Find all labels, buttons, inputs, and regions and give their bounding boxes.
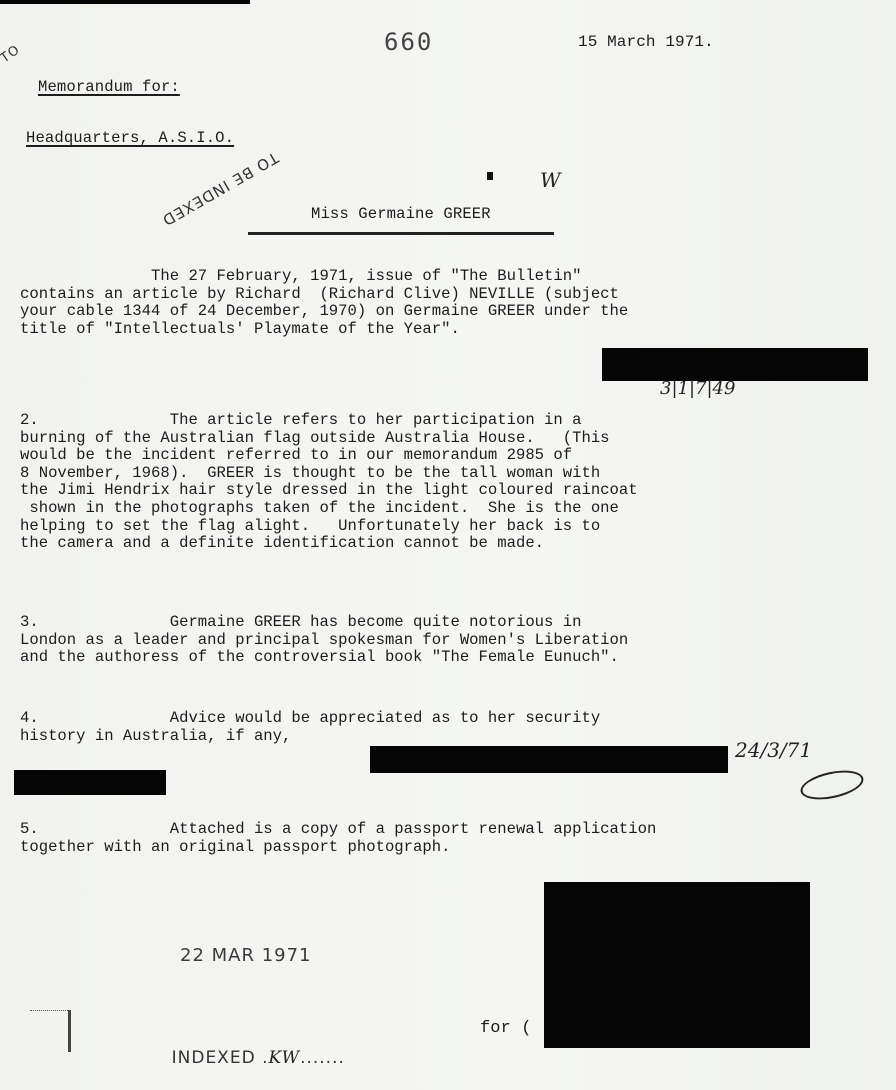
paragraph-line: shown in the photographs taken of the in… — [20, 500, 638, 518]
handwritten-file-ref: 3|1|7|49 — [660, 378, 735, 399]
redaction-top — [0, 0, 250, 4]
memo-subject: Miss Germaine GREER — [311, 205, 491, 223]
paragraph-line: 8 November, 1968). GREER is thought to b… — [20, 465, 638, 483]
handwritten-circle-mark — [798, 766, 866, 805]
paragraph-line: 5. Attached is a copy of a passport rene… — [20, 821, 656, 839]
redaction-paragraph-1 — [602, 348, 868, 381]
redaction-signature — [544, 882, 810, 1048]
indexed-stamp: INDEXED .KW....... — [146, 1028, 345, 1088]
memo-label: Memorandum for: — [38, 78, 180, 96]
paragraph-line: 4. Advice would be appreciated as to her… — [20, 710, 600, 728]
memo-date: 15 March 1971. — [578, 33, 714, 51]
paragraph-line: London as a leader and principal spokesm… — [20, 632, 628, 650]
paragraph-line: together with an original passport photo… — [20, 839, 656, 857]
indexed-initials: KW — [268, 1048, 300, 1068]
paragraph-line: would be the incident referred to in our… — [20, 447, 638, 465]
handwritten-initial: W — [540, 168, 561, 192]
redaction-paragraph-4-a — [370, 746, 728, 773]
indexed-separator: . — [256, 1048, 269, 1068]
partial-stamp-mark — [68, 1010, 71, 1052]
to-be-indexed-stamp: TO BE INDEXED — [155, 146, 285, 232]
partial-stamp-mark-top — [30, 1010, 70, 1012]
subject-underline — [248, 232, 554, 235]
indexed-dotted-line: ....... — [300, 1048, 345, 1068]
paragraph-4: 4. Advice would be appreciated as to her… — [20, 710, 600, 745]
paragraph-line: the camera and a definite identification… — [20, 535, 638, 553]
paragraph-1: The 27 February, 1971, issue of "The Bul… — [20, 268, 628, 338]
paragraph-3: 3. Germaine GREER has become quite notor… — [20, 614, 628, 667]
corner-stamp: TO — [0, 42, 23, 66]
memorandum-page: TO 660 15 March 1971. Memorandum for: He… — [0, 0, 896, 1090]
paragraph-line: burning of the Australian flag outside A… — [20, 430, 638, 448]
memo-recipient: Headquarters, A.S.I.O. — [26, 129, 234, 147]
paragraph-line: The 27 February, 1971, issue of "The Bul… — [20, 268, 628, 286]
paragraph-line: 3. Germaine GREER has become quite notor… — [20, 614, 628, 632]
paragraph-line: 2. The article refers to her participati… — [20, 412, 638, 430]
paragraph-2: 2. The article refers to her participati… — [20, 412, 638, 553]
paragraph-line: title of "Intellectuals' Playmate of the… — [20, 321, 628, 339]
indexed-label: INDEXED — [172, 1048, 256, 1068]
paragraph-line: helping to set the flag alight. Unfortun… — [20, 518, 638, 536]
paragraph-line: your cable 1344 of 24 December, 1970) on… — [20, 303, 628, 321]
document-number: 660 — [384, 28, 433, 56]
received-date-stamp: 22 MAR 1971 — [180, 945, 312, 966]
paragraph-line: history in Australia, if any, — [20, 728, 600, 746]
paragraph-line: the Jimi Hendrix hair style dressed in t… — [20, 482, 638, 500]
paragraph-5: 5. Attached is a copy of a passport rene… — [20, 821, 656, 856]
paragraph-line: contains an article by Richard (Richard … — [20, 286, 628, 304]
ink-mark — [487, 172, 493, 180]
signature-prefix: for ( — [480, 1020, 532, 1038]
handwritten-date-note: 24/3/71 — [735, 738, 812, 762]
paragraph-line: and the authoress of the controversial b… — [20, 649, 628, 667]
redaction-paragraph-4-b — [14, 770, 166, 795]
